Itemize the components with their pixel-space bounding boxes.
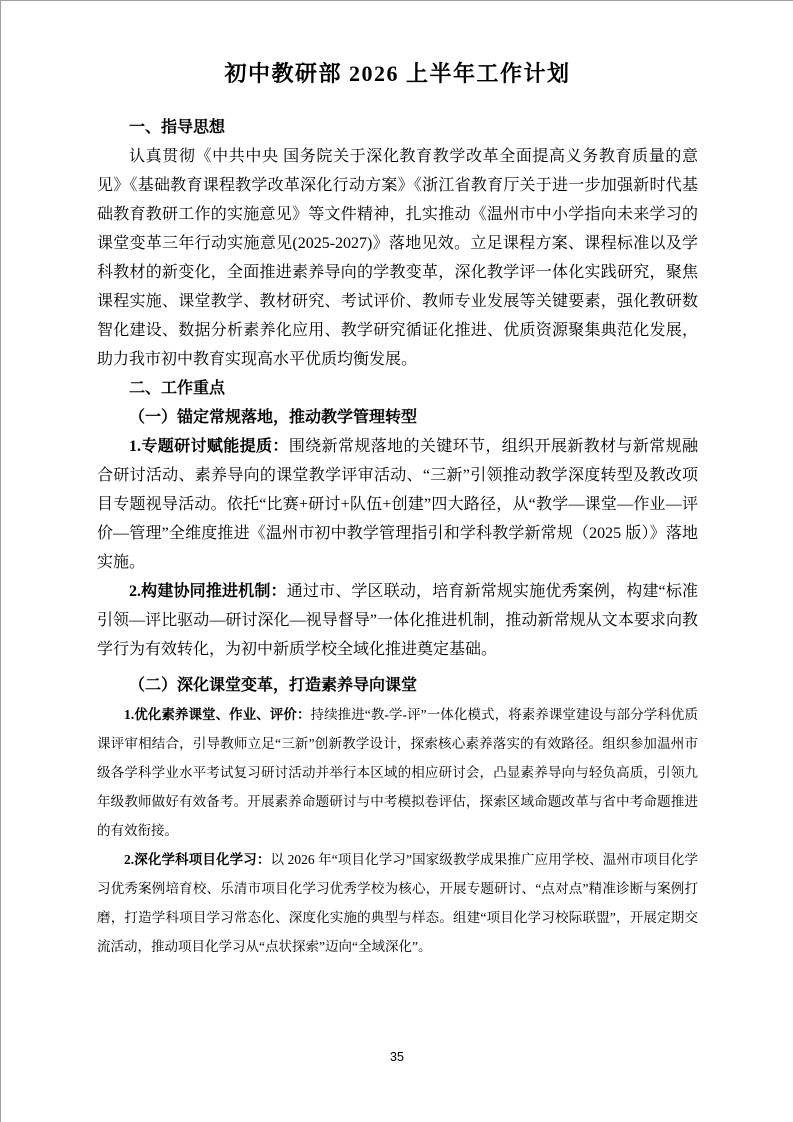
paragraph-item-2-1-text: 持续推进“教-学-评”一体化模式，将素养课堂建设与部分学科优质课评审相结合，引导… — [97, 707, 698, 838]
document-title: 初中教研部 2026 上半年工作计划 — [97, 57, 698, 91]
paragraph-item-1-2-lead: 2.构建协同推进机制： — [129, 583, 287, 600]
paragraph-item-1-1-lead: 1.专题研讨赋能提质： — [129, 438, 289, 455]
section-heading-work-focus: 二、工作重点 — [97, 374, 698, 403]
paragraph-item-2-1: 1.优化素养课堂、作业、评价：持续推进“教-学-评”一体化模式，将素养课堂建设与… — [97, 700, 698, 845]
paragraph-item-2-2-text: 以 2026 年“项目化学习”国家级教学成果推广应用学校、温州市项目化学习优秀案… — [97, 852, 698, 954]
paragraph-item-1-1: 1.专题研讨赋能提质：围绕新常规落地的关键环节，组织开展新教材与新常规融合研讨活… — [97, 432, 698, 577]
document-page: 初中教研部 2026 上半年工作计划 一、指导思想 认真贯彻《中共中央 国务院关… — [0, 0, 793, 1122]
subsection-heading-1: （一）锚定常规落地，推动教学管理转型 — [97, 403, 698, 432]
subsection-heading-2: （二）深化课堂变革，打造素养导向课堂 — [97, 671, 698, 700]
paragraph-item-2-2: 2.深化学科项目化学习：以 2026 年“项目化学习”国家级教学成果推广应用学校… — [97, 845, 698, 961]
section-heading-guiding-ideology: 一、指导思想 — [97, 113, 698, 142]
paragraph-item-2-1-lead: 1.优化素养课堂、作业、评价： — [124, 707, 311, 722]
paragraph-item-1-1-text: 围绕新常规落地的关键环节，组织开展新教材与新常规融合研讨活动、素养导向的课堂教学… — [97, 438, 698, 571]
paragraph-guiding-ideology: 认真贯彻《中共中央 国务院关于深化教育教学改革全面提高义务教育质量的意见》《基础… — [97, 142, 698, 374]
paragraph-item-1-2: 2.构建协同推进机制：通过市、学区联动，培育新常规实施优秀案例，构建“标准引领—… — [97, 577, 698, 664]
paragraph-item-2-2-lead: 2.深化学科项目化学习： — [124, 852, 270, 867]
document-body: 初中教研部 2026 上半年工作计划 一、指导思想 认真贯彻《中共中央 国务院关… — [1, 1, 793, 961]
page-number: 35 — [1, 1050, 793, 1064]
